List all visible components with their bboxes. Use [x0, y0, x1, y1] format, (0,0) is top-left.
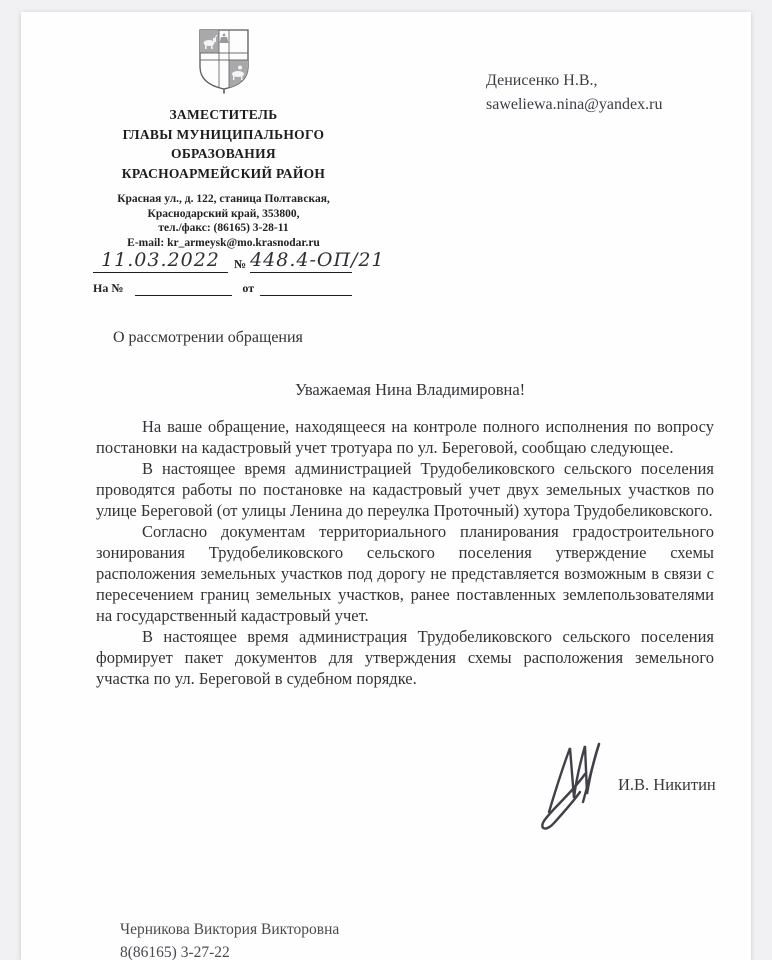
paragraph: В настоящее время администрацией Трудобе… [96, 458, 714, 521]
org-address: Красная ул., д. 122, станица Полтавская,… [81, 192, 366, 250]
salutation: Уважаемая Нина Владимировна! [295, 380, 525, 400]
org-title: ЗАМЕСТИТЕЛЬ ГЛАВЫ МУНИЦИПАЛЬНОГО ОБРАЗОВ… [81, 105, 366, 183]
from-label: от [242, 281, 254, 296]
paragraph: Согласно документам территориального пла… [96, 521, 714, 626]
paragraph: На ваше обращение, находящееся на контро… [96, 416, 714, 458]
reference-row: 11.03.2022 № 448.4-ОП/21 [93, 245, 352, 273]
number-handwritten: 448.4-ОП/21 [250, 249, 385, 271]
date-underline: 11.03.2022 [93, 249, 228, 273]
executor-block: Черникова Виктория Викторовна 8(86165) 3… [120, 918, 339, 960]
document-page: ЗАМЕСТИТЕЛЬ ГЛАВЫ МУНИЦИПАЛЬНОГО ОБРАЗОВ… [21, 12, 751, 960]
date-handwritten: 11.03.2022 [101, 249, 220, 271]
scan-background: { "page": { "background_color": "#f1f1f3… [0, 0, 772, 960]
on-number-row: На № от [93, 280, 352, 296]
org-title-line: ЗАМЕСТИТЕЛЬ [81, 105, 366, 125]
org-title-line: КРАСНОАРМЕЙСКИЙ РАЙОН [81, 164, 366, 184]
on-number-underline [135, 282, 232, 296]
executor-name: Черникова Виктория Викторовна [120, 918, 339, 941]
org-address-line: тел./факс: (86165) 3-28-11 [81, 221, 366, 236]
executor-phone: 8(86165) 3-27-22 [120, 941, 339, 960]
letterhead: ЗАМЕСТИТЕЛЬ ГЛАВЫ МУНИЦИПАЛЬНОГО ОБРАЗОВ… [81, 27, 366, 250]
org-title-line: ГЛАВЫ МУНИЦИПАЛЬНОГО [81, 125, 366, 145]
from-underline [260, 282, 352, 296]
recipient-block: Денисенко Н.В., saweliewa.nina@yandex.ru [486, 69, 662, 117]
coat-of-arms-icon [197, 27, 251, 95]
recipient-name: Денисенко Н.В., [486, 69, 662, 93]
subject-line: О рассмотрении обращения [113, 329, 303, 347]
signatory-name: И.В. Никитин [618, 775, 716, 795]
org-address-line: Красная ул., д. 122, станица Полтавская, [81, 192, 366, 207]
org-address-line: Краснодарский край, 353800, [81, 207, 366, 222]
org-title-line: ОБРАЗОВАНИЯ [81, 144, 366, 164]
paragraph: В настоящее время администрация Трудобел… [96, 626, 714, 689]
recipient-email: saweliewa.nina@yandex.ru [486, 93, 662, 117]
number-underline: 448.4-ОП/21 [250, 249, 352, 273]
letter-body: На ваше обращение, находящееся на контро… [96, 416, 714, 689]
on-number-label: На № [93, 281, 123, 296]
number-sign: № [234, 257, 246, 272]
